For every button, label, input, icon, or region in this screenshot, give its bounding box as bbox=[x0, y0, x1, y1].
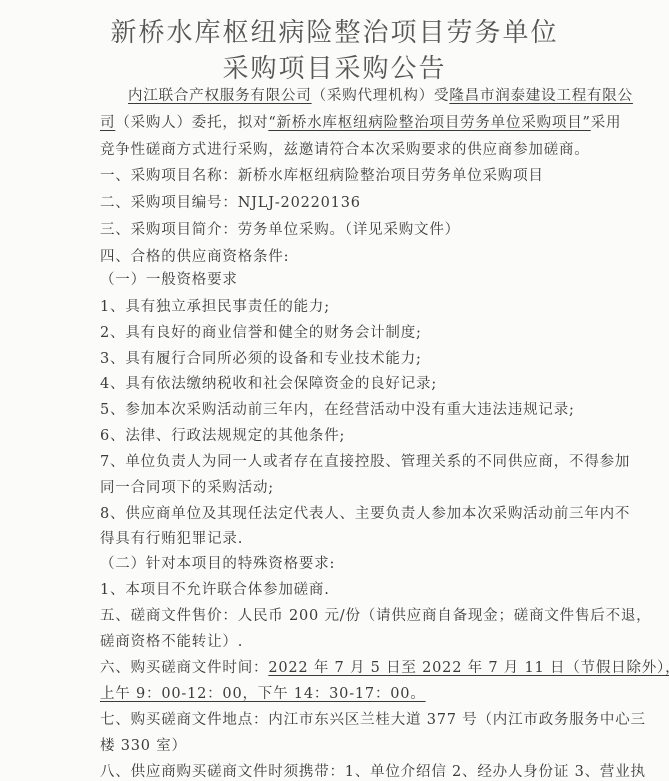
general-item: 5、参加本次采购活动前三年内，在经营活动中没有重大违法违规记录; bbox=[100, 398, 575, 419]
general-item: 2、具有良好的商业信誉和健全的财务会计制度; bbox=[100, 321, 422, 342]
section-7-line1: 七、购买磋商文件地点：内江市东兴区兰桂大道 377 号（内江市政务服务中心三 bbox=[100, 708, 646, 729]
general-item: 7、单位负责人为同一人或者存在直接控股、管理关系的不同供应商，不得参加 bbox=[100, 450, 630, 471]
document-title-line2: 采购项目采购公告 bbox=[0, 48, 669, 85]
special-item: 1、本项目不允许联合体参加磋商. bbox=[100, 578, 330, 599]
purchase-dates: 2022 年 7 月 5 日至 2022 年 7 月 11 日（节假日除外）， bbox=[268, 660, 669, 676]
purchase-hours: 上午 9：00-12：00，下午 14：30-17：00。 bbox=[100, 682, 426, 703]
general-item: 6、法律、行政法规规定的其他条件; bbox=[100, 424, 345, 445]
document-title-line1: 新桥水库枢纽病险整治项目劳务单位 bbox=[0, 12, 669, 49]
general-item: 8、供应商单位及其现任法定代表人、主要负责人参加本次采购活动前三年内不 bbox=[100, 502, 630, 523]
special-heading: （二）针对本项目的特殊资格要求: bbox=[100, 552, 335, 573]
section-7-line2: 楼 330 室） bbox=[100, 734, 187, 755]
intro-line1: 内江联合产权服务有限公司（采购代理机构）受隆昌市润泰建设工程有限公 bbox=[128, 84, 633, 105]
general-item: 同一合同项下的采购活动; bbox=[100, 476, 274, 497]
purchaser-role: （采购人）委托，拟对 bbox=[115, 115, 268, 131]
agency-name: 内江联合产权服务有限公司 bbox=[128, 88, 312, 104]
section-5-line2: 磋商资格不能转让）. bbox=[100, 630, 243, 651]
project-name-quoted: “新桥水库枢纽病险整治项目劳务单位采购项目” bbox=[268, 115, 590, 131]
general-item: 4、具有依法缴纳税收和社会保障资金的良好记录; bbox=[100, 372, 437, 393]
section-4: 四、合格的供应商资格条件: bbox=[100, 245, 289, 266]
method-text: 采用 bbox=[591, 115, 622, 131]
section-6-label: 六、购买磋商文件时间： bbox=[100, 660, 268, 676]
agency-role: （采购代理机构）受 bbox=[312, 88, 450, 104]
general-item: 得具有行贿犯罪记录. bbox=[100, 527, 243, 548]
general-item: 1、具有独立承担民事责任的能力; bbox=[100, 295, 330, 316]
announcement-page: 新桥水库枢纽病险整治项目劳务单位 采购项目采购公告 内江联合产权服务有限公司（采… bbox=[0, 0, 669, 781]
general-heading: （一）一般资格要求 bbox=[100, 268, 238, 289]
section-2: 二、采购项目编号：NJLJ-20220136 bbox=[100, 191, 361, 212]
section-1: 一、采购项目名称：新桥水库枢纽病险整治项目劳务单位采购项目 bbox=[100, 164, 544, 185]
purchaser-name: 隆昌市润泰建设工程有限公 bbox=[449, 88, 633, 104]
intro-line3: 竞争性磋商方式进行采购，兹邀请符合本次采购要求的供应商参加磋商。 bbox=[100, 138, 590, 159]
purchaser-name-end: 司 bbox=[100, 115, 115, 131]
section-5-line1: 五、磋商文件售价：人民币 200 元/份（请供应商自备现金；磋商文件售后不退， bbox=[100, 604, 651, 625]
intro-line2: 司（采购人）委托，拟对“新桥水库枢纽病险整治项目劳务单位采购项目”采用 bbox=[100, 111, 621, 132]
section-8-line1: 八、供应商购买磋商文件时须携带：1、单位介绍信 2、经办人身份证 3、营业执 bbox=[100, 760, 646, 781]
section-3: 三、采购项目简介：劳务单位采购。（详见采购文件） bbox=[100, 218, 460, 239]
section-6-line1: 六、购买磋商文件时间：2022 年 7 月 5 日至 2022 年 7 月 11… bbox=[100, 656, 669, 677]
general-item: 3、具有履行合同所必须的设备和专业技术能力; bbox=[100, 347, 422, 368]
